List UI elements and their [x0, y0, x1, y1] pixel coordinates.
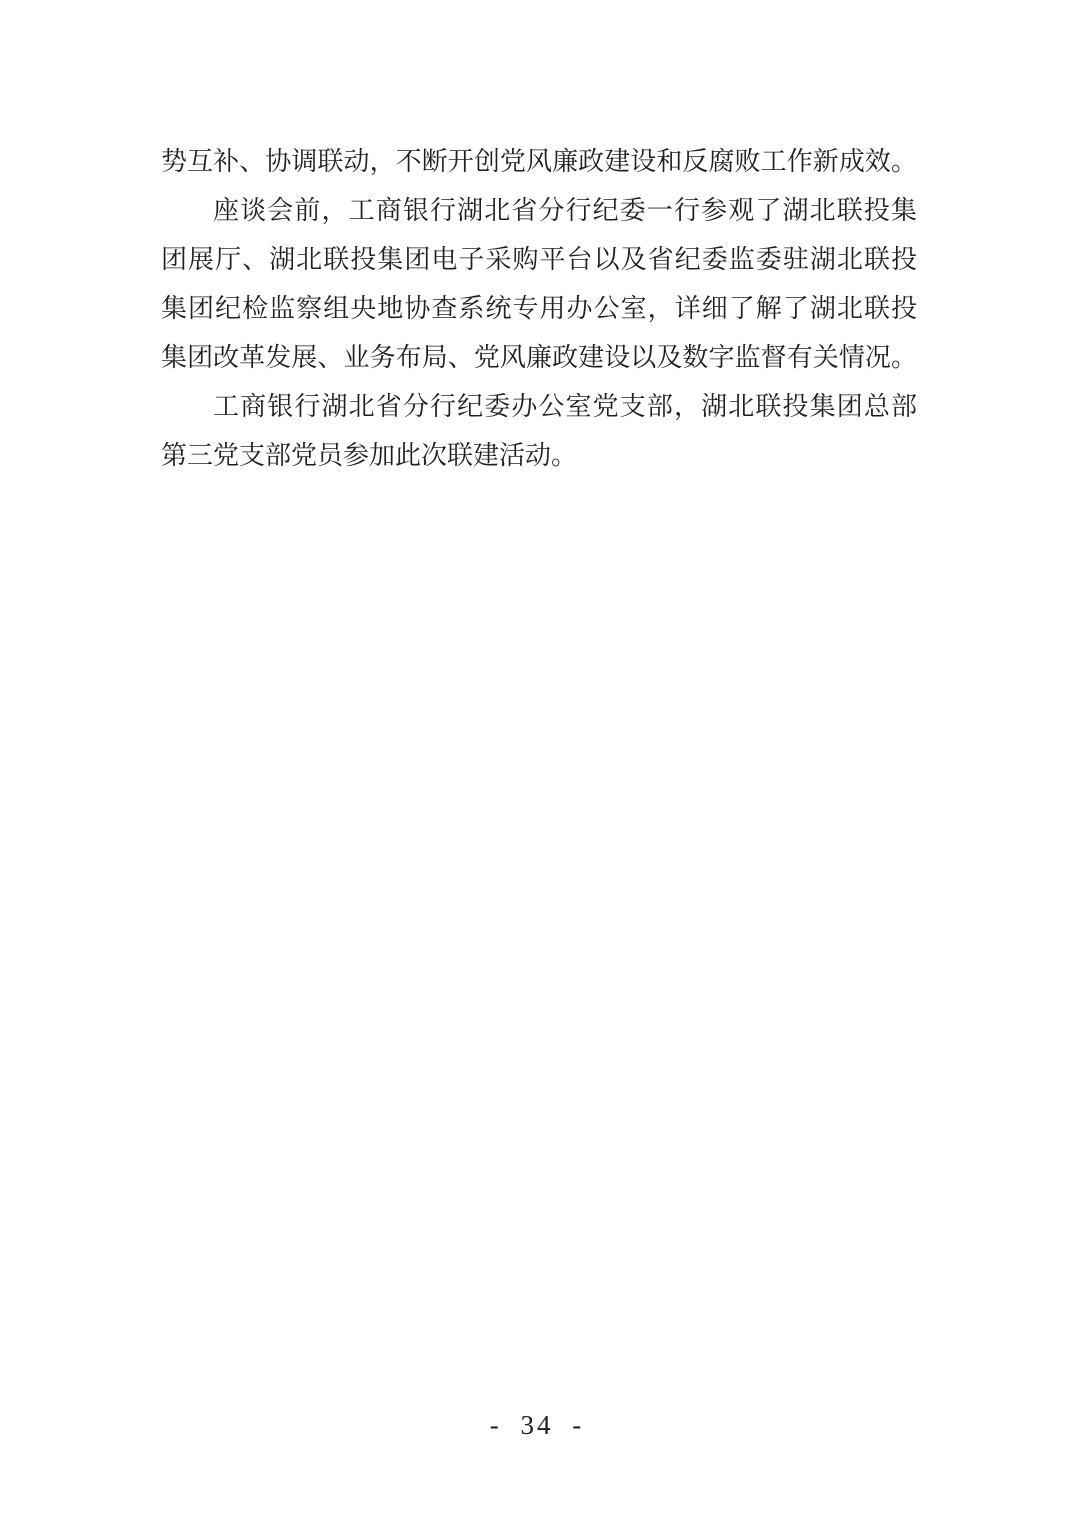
text-line: 势互补、协调联动，不断开创党风廉政建设和反腐败工作新成效。 [161, 137, 917, 186]
text-line: 第三党支部党员参加此次联建活动。 [161, 431, 917, 480]
text-line: 集团纪检监察组央地协查系统专用办公室，详细了解了湖北联投 [161, 284, 917, 333]
text-line: 集团改革发展、业务布局、党风廉政建设以及数字监督有关情况。 [161, 333, 917, 382]
page-number: - 34 - [0, 1410, 1074, 1441]
text-line: 座谈会前，工商银行湖北省分行纪委一行参观了湖北联投集 [161, 186, 917, 235]
body-text: 势互补、协调联动，不断开创党风廉政建设和反腐败工作新成效。座谈会前，工商银行湖北… [161, 137, 917, 480]
document-page: 势互补、协调联动，不断开创党风廉政建设和反腐败工作新成效。座谈会前，工商银行湖北… [0, 0, 1074, 1520]
text-line: 团展厅、湖北联投集团电子采购平台以及省纪委监委驻湖北联投 [161, 235, 917, 284]
text-line: 工商银行湖北省分行纪委办公室党支部，湖北联投集团总部 [161, 382, 917, 431]
